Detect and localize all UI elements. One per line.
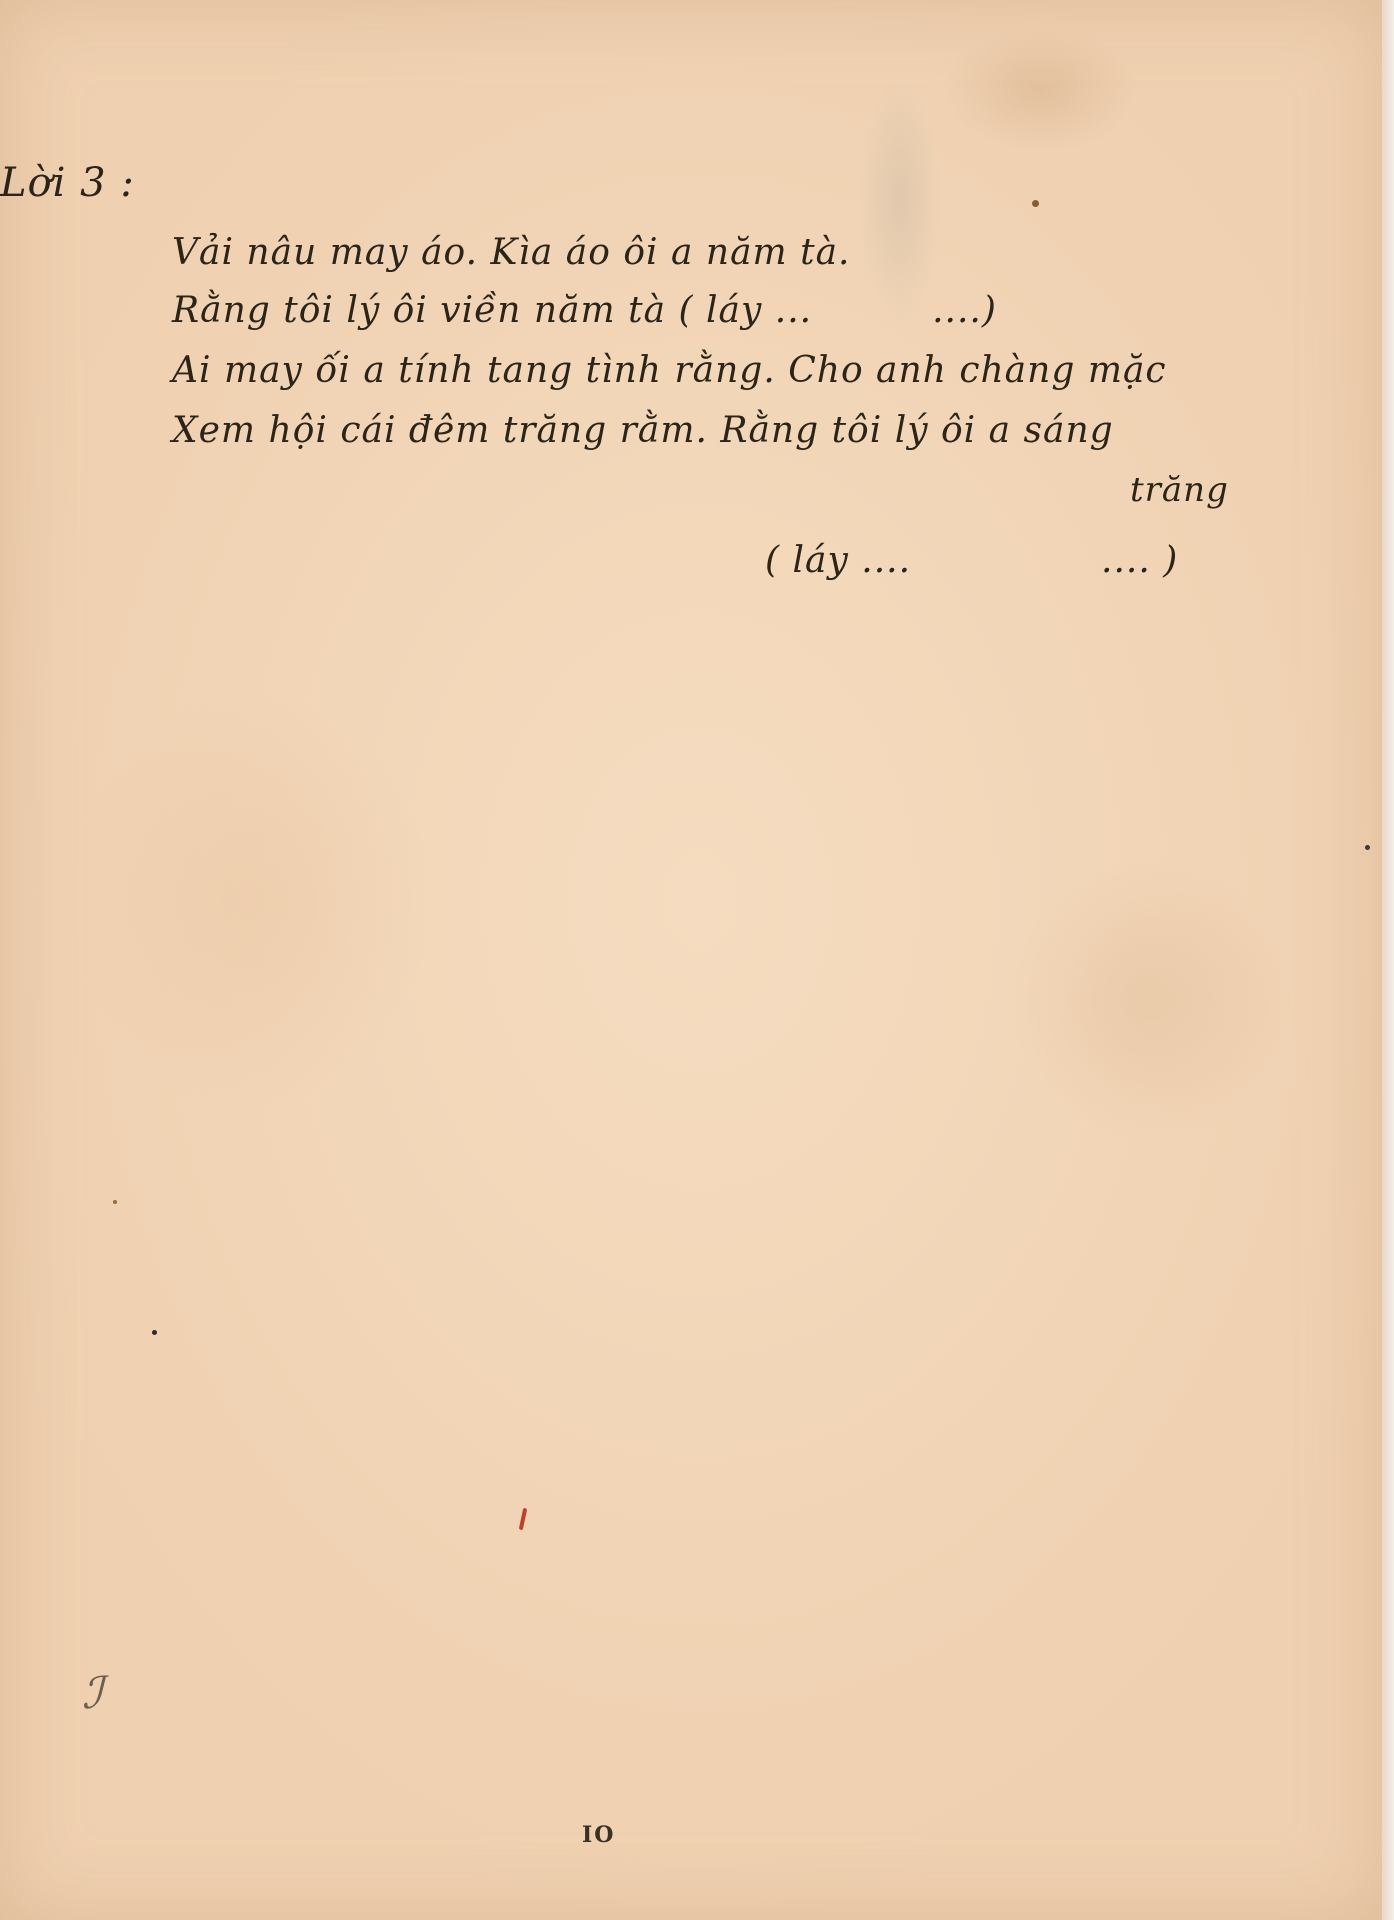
lyric-text: Rằng tôi lý ôi viền năm tà <box>172 290 666 331</box>
lyric-line-5: trăng <box>1130 470 1229 510</box>
page-number: IO <box>582 1822 615 1848</box>
paper-stain <box>113 1200 117 1204</box>
paper-stain <box>1032 200 1039 207</box>
lyric-line-1: Vải nâu may áo. Kìa áo ôi a năm tà. <box>172 232 851 273</box>
lyric-line-4: Xem hội cái đêm trăng rằm. Rằng tôi lý ô… <box>172 410 1114 451</box>
ink-speck <box>152 1330 157 1335</box>
final-repeat-mark: ( láy ........ ) <box>765 540 1178 581</box>
ink-speck <box>1365 845 1370 850</box>
paper-page: Lời 3 : Vải nâu may áo. Kìa áo ôi a năm … <box>0 0 1382 1920</box>
lyric-text: Vải nâu may áo. Kìa áo ôi a năm tà. <box>172 232 851 273</box>
repeat-open: ( láy ... <box>679 290 813 331</box>
repeat-open: ( láy .... <box>765 540 911 581</box>
lyric-text: trăng <box>1130 470 1229 510</box>
lyric-text: Ai may ối a tính tang tình rằng. Cho anh… <box>172 350 1167 391</box>
verse-heading: Lời 3 : <box>0 160 135 206</box>
pencil-margin-mark: ℐ <box>82 1668 103 1719</box>
lyric-line-2: Rằng tôi lý ôi viền năm tà ( láy .......… <box>172 290 997 331</box>
scan-edge <box>1382 0 1394 1920</box>
lyric-line-3: Ai may ối a tính tang tình rằng. Cho anh… <box>172 350 1167 391</box>
lyric-text: Xem hội cái đêm trăng rằm. Rằng tôi lý ô… <box>172 410 1114 451</box>
repeat-close: .... ) <box>1101 540 1178 581</box>
red-mark <box>519 1508 527 1530</box>
repeat-close: ....) <box>932 290 997 331</box>
